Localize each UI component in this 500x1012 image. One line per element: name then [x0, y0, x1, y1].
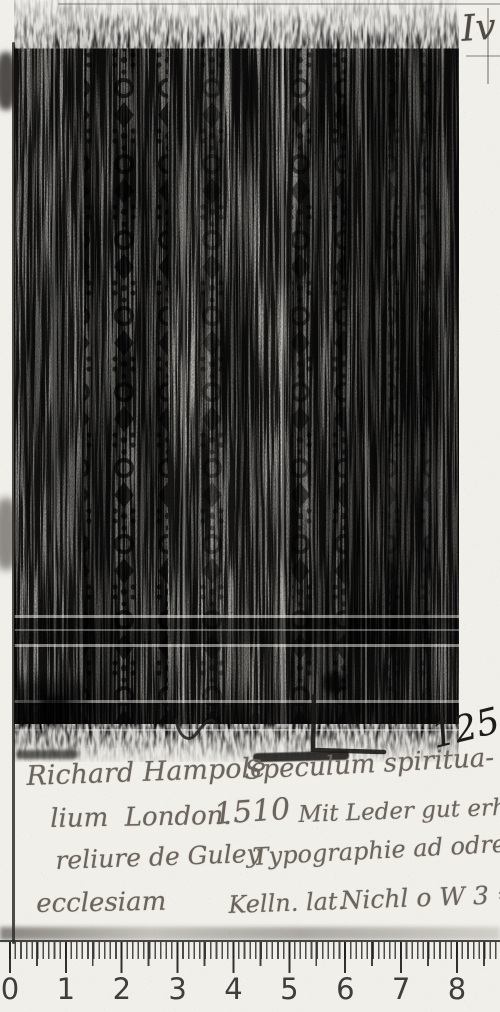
note-line3-right: Typographie ad odrey [252, 831, 500, 869]
ruler-label-3: 3 [168, 975, 186, 1004]
note-line2-right: Mit Leder gut erh. [298, 796, 500, 827]
ruler-label-5: 5 [280, 975, 298, 1004]
note-line4-left: ecclesiam [36, 889, 166, 917]
scale-ruler: 0 1 2 3 4 5 6 7 8 [0, 940, 500, 1012]
ruler-label-8: 8 [448, 975, 466, 1004]
right-corner-line [466, 55, 500, 57]
note-line4-mid: Kelln. lat. [228, 889, 346, 917]
photo-scan: Iv 125 Richard Hampole Speculum spiritua… [0, 0, 500, 1012]
ruler-label-6: 6 [336, 975, 354, 1004]
note-line2-year: 1510 [213, 795, 291, 830]
note-line4-right: Nichl o W 3 = [340, 882, 500, 913]
note-line1-left: Richard Hampole [26, 755, 267, 790]
ruler-cm-ticks [9, 942, 500, 973]
top-right-code: Iv [460, 10, 497, 48]
ruler-label-4: 4 [224, 975, 242, 1004]
bottom-edge-smudge [0, 927, 500, 940]
top-frame-line [58, 3, 500, 5]
binding-rubbing [14, 0, 459, 762]
ruler-label-0: 0 [1, 975, 19, 1004]
left-sheet-edge-line [12, 42, 15, 944]
ruler-label-2: 2 [113, 975, 131, 1004]
ruler-label-7: 7 [392, 975, 410, 1004]
note-line2-left: lium London. [50, 803, 232, 832]
note-line3-left: reliure de Guley [55, 841, 261, 873]
ruler-label-1: 1 [57, 975, 75, 1004]
